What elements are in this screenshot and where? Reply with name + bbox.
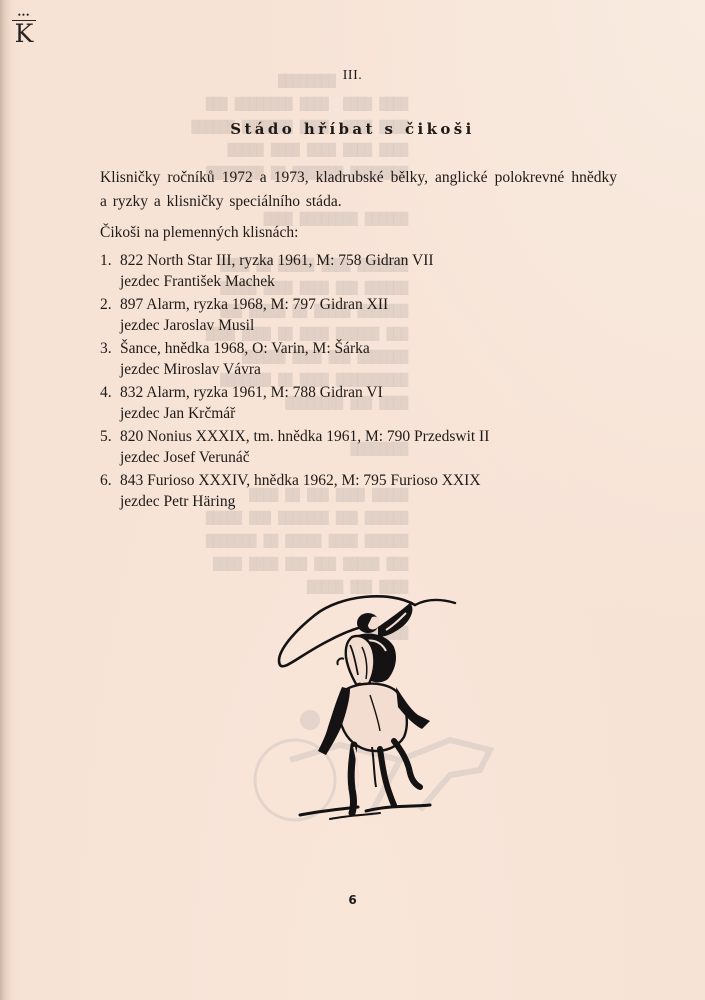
rider-list: 1.822 North Star III, ryzka 1961, M: 758… <box>100 250 489 514</box>
list-item: 5.820 Nonius XXXIX, tm. hnědka 1961, M: … <box>100 426 489 468</box>
list-item: 6.843 Furioso XXXIV, hnědka 1962, M: 795… <box>100 470 489 512</box>
csikos-rider-illustration <box>270 575 470 820</box>
item-number: 2. <box>100 294 120 315</box>
item-number: 6. <box>100 470 120 491</box>
rider-name: jezdec František Machek <box>100 271 489 292</box>
logo-letter: K <box>12 21 36 47</box>
rider-name: jezdec Petr Häring <box>100 491 489 512</box>
item-number: 3. <box>100 338 120 359</box>
horse-description: 832 Alarm, ryzka 1961, M: 788 Gidran VI <box>120 384 383 401</box>
intro-paragraph: Klisničky ročníků 1972 a 1973, kladrubsk… <box>100 166 617 214</box>
list-item: 2.897 Alarm, ryzka 1968, M: 797 Gidran X… <box>100 294 489 336</box>
riders-subheading: Čikoši na plemenných klisnách: <box>100 221 298 245</box>
item-number: 5. <box>100 426 120 447</box>
section-title: Stádo hříbat s čikoši <box>0 120 705 138</box>
page-number: 6 <box>0 893 705 907</box>
horse-description: Šance, hnědka 1968, O: Varin, M: Šárka <box>120 340 370 357</box>
rider-name: jezdec Jaroslav Musil <box>100 315 489 336</box>
publisher-logo: ••• K <box>12 12 36 47</box>
rider-name: jezdec Jan Krčmář <box>100 403 489 424</box>
section-number: III. <box>0 68 705 84</box>
horse-description: 897 Alarm, ryzka 1968, M: 797 Gidran XII <box>120 296 388 313</box>
list-item: 3.Šance, hnědka 1968, O: Varin, M: Šárka… <box>100 338 489 380</box>
horse-description: 820 Nonius XXXIX, tm. hnědka 1961, M: 79… <box>120 428 489 445</box>
item-number: 1. <box>100 250 120 271</box>
item-number: 4. <box>100 382 120 403</box>
list-item: 4.832 Alarm, ryzka 1961, M: 788 Gidran V… <box>100 382 489 424</box>
horse-description: 843 Furioso XXXIV, hnědka 1962, M: 795 F… <box>120 472 481 489</box>
list-item: 1.822 North Star III, ryzka 1961, M: 758… <box>100 250 489 292</box>
rider-name: jezdec Miroslav Vávra <box>100 359 489 380</box>
rider-name: jezdec Josef Verunáč <box>100 447 489 468</box>
horse-description: 822 North Star III, ryzka 1961, M: 758 G… <box>120 252 434 269</box>
